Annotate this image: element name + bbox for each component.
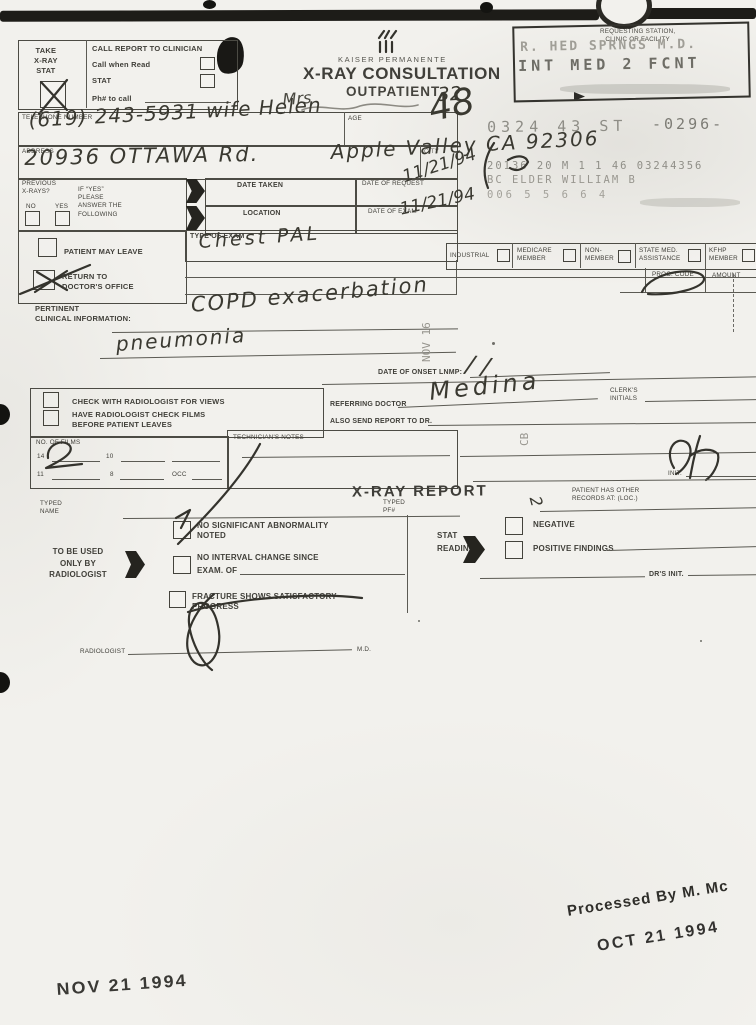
typed-name-label: TYPED NAME — [40, 500, 62, 516]
no-interval-label: NO INTERVAL CHANGE SINCE — [197, 553, 319, 563]
non-member-label: NON- MEMBER — [585, 247, 614, 263]
referring-doctor-label: REFERRING DOCTOR — [330, 400, 407, 409]
positive-findings-label: POSITIVE FINDINGS — [533, 544, 614, 554]
requesting-stamp-line2: INT MED 2 FCNT — [518, 54, 701, 75]
blank-line — [688, 574, 756, 576]
no-label: NO — [26, 203, 36, 211]
yes-checkbox — [55, 211, 70, 226]
to-be-used-label: TO BE USED ONLY BY RADIOLOGIST — [44, 546, 112, 581]
signature-scrawl — [178, 582, 273, 677]
blank-line — [480, 576, 645, 579]
divider — [512, 243, 513, 268]
blank-line — [240, 574, 405, 575]
clerks-initials-label: CLERK'S INITIALS — [610, 387, 638, 403]
yes-label: YES — [55, 203, 68, 211]
check-views-checkbox — [43, 392, 59, 408]
take-xray-stat-label: TAKE X-RAY STAT — [34, 46, 58, 75]
films-8-label: 8 — [110, 471, 114, 479]
negative-label: NEGATIVE — [533, 520, 575, 530]
call-report-title: CALL REPORT TO CLINICIAN — [92, 44, 202, 54]
check-films-label: HAVE RADIOLOGIST CHECK FILMS BEFORE PATI… — [72, 410, 205, 430]
medicare-checkbox — [563, 249, 576, 262]
divider — [705, 243, 706, 268]
pointer-arrow-icon — [186, 179, 205, 203]
negative-checkbox — [505, 517, 523, 535]
pointer-arrow-icon — [186, 206, 205, 230]
stat-checkbox — [200, 74, 215, 88]
md-label: M.D. — [357, 646, 371, 654]
vertical-stamp-cb: CB — [518, 420, 531, 446]
hw-clinical-line1: COPD exacerbation — [190, 272, 430, 317]
check-films-checkbox — [43, 410, 59, 426]
amount-label: AMOUNT — [712, 272, 741, 280]
no-interval-checkbox — [173, 556, 191, 574]
films-10-label: 10 — [106, 453, 113, 461]
patient-may-leave-checkbox — [38, 238, 57, 257]
if-yes-label: IF “YES” PLEASE ANSWER THE FOLLOWING — [78, 186, 122, 219]
processed-by-stamp: Processed By M. Mc — [566, 877, 730, 919]
divider — [86, 40, 87, 108]
dashed-column-line — [733, 274, 734, 332]
clinical-info-label: PERTINENT CLINICAL INFORMATION: — [35, 304, 131, 324]
scan-edge-band — [0, 9, 599, 22]
call-when-read-checkbox — [200, 57, 215, 70]
pointer-arrow-icon — [125, 551, 145, 578]
blank-line — [540, 507, 756, 512]
scan-speck — [418, 620, 420, 622]
state-med-label: STATE MED. ASSISTANCE — [639, 247, 680, 263]
kfhp-checkbox — [742, 249, 755, 262]
non-member-checkbox — [618, 250, 631, 263]
previous-xrays-label: PREVIOUS X-RAYS? — [22, 180, 56, 196]
vertical-stamp-nov16: NOV 16 — [420, 300, 433, 362]
scan-edge-band — [641, 8, 756, 19]
blank-line — [398, 398, 598, 408]
xray-report-title: X-RAY REPORT — [352, 481, 488, 502]
hw-clinical-line2: pneumonia — [115, 323, 247, 356]
radiologist-label: RADIOLOGIST — [80, 648, 125, 656]
received-date-stamp: NOV 21 1994 — [56, 971, 188, 1000]
call-when-read-label: Call when Read — [92, 60, 150, 70]
hw-proc-code-loop — [636, 266, 712, 300]
blank-line — [645, 399, 756, 402]
dotmatrix-line1-right: -0296- — [652, 115, 724, 133]
hole-punch — [0, 404, 10, 425]
divider — [407, 515, 408, 613]
hw-age: 48 — [425, 80, 478, 130]
no-checkbox — [25, 211, 40, 226]
scanned-xray-consultation-form: TAKE X-RAY STAT CALL REPORT TO CLINICIAN… — [0, 0, 756, 1025]
requesting-stamp-line1: R. HED SPRNGS M.D. — [520, 37, 697, 55]
scan-dot — [480, 2, 493, 13]
state-med-checkbox — [688, 249, 701, 262]
processed-date-stamp: OCT 21 1994 — [596, 919, 721, 956]
location-label: LOCATION — [243, 209, 281, 218]
hw-init-scrawl — [660, 430, 730, 482]
smudge — [640, 198, 740, 207]
scan-speck — [700, 640, 702, 642]
records-at-label: PATIENT HAS OTHER RECORDS AT: (LOC.) — [572, 487, 639, 503]
medicare-label: MEDICARE MEMBER — [517, 247, 552, 263]
industrial-label: INDUSTRIAL — [450, 252, 489, 260]
kfhp-label: KFHP MEMBER — [709, 247, 738, 263]
divider — [580, 243, 581, 268]
hw-address: 20936 OTTAWA Rd. — [24, 142, 259, 170]
form-title: X-RAY CONSULTATION — [303, 63, 501, 85]
hw-records: 2 — [526, 494, 547, 509]
check-views-label: CHECK WITH RADIOLOGIST FOR VIEWS — [72, 397, 225, 407]
divider — [635, 243, 636, 268]
stat-label: STAT — [92, 76, 111, 86]
return-to-doctors-office-label: RETURN TO DOCTOR'S OFFICE — [62, 272, 134, 292]
industrial-checkbox — [497, 249, 510, 262]
blank-line — [428, 422, 756, 426]
hw-check-slash — [168, 440, 268, 550]
drs-init-label: DR'S INIT. — [649, 570, 684, 579]
scan-speck — [492, 342, 495, 345]
also-send-label: ALSO SEND REPORT TO DR. — [330, 417, 432, 426]
blank-line — [121, 461, 165, 462]
age-label: AGE — [348, 115, 362, 123]
kaiser-logo-icon — [372, 28, 400, 54]
date-taken-label: DATE TAKEN — [237, 181, 283, 190]
exam-of-label: EXAM. OF — [197, 566, 237, 576]
positive-findings-checkbox — [505, 541, 523, 559]
hw-films-count — [38, 436, 88, 474]
smudge — [560, 84, 730, 94]
scan-dot — [203, 0, 216, 9]
blank-line — [52, 479, 100, 480]
typed-pf-label: TYPED PF# — [383, 499, 405, 515]
hole-punch — [0, 672, 10, 693]
blank-line — [120, 479, 164, 480]
blank-line — [607, 546, 756, 551]
